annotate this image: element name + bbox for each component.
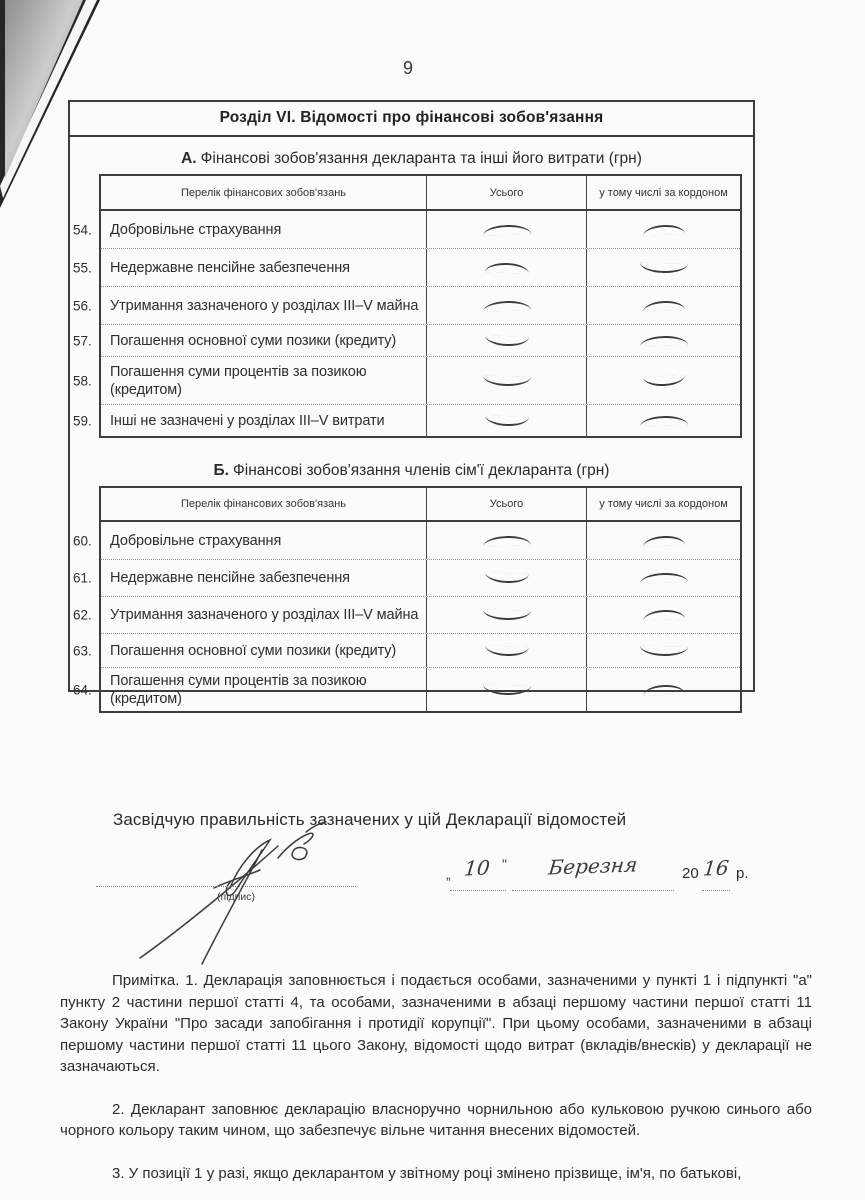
handwritten-dash bbox=[482, 684, 530, 695]
subsection-b-letter: Б. bbox=[214, 462, 229, 479]
handwritten-dash bbox=[639, 572, 687, 583]
handwritten-dash bbox=[639, 415, 687, 426]
subsection-a-letter: А. bbox=[181, 150, 197, 167]
handwritten-dash bbox=[642, 535, 684, 547]
note-1: Примітка. 1. Декларація заповнюється і п… bbox=[60, 970, 812, 1078]
column-header-total: Усього bbox=[426, 488, 586, 520]
subsection-a-heading: А.Фінансові зобов'язання декларанта та і… bbox=[70, 150, 753, 168]
table-row: 59. Інші не зазначені у розділах III–V в… bbox=[101, 404, 740, 436]
row-number: 64. bbox=[73, 682, 99, 697]
abroad-cell bbox=[586, 405, 740, 436]
column-header-obligations: Перелік фінансових зобов'язань bbox=[101, 176, 426, 209]
note-2: 2. Декларант заповнює декларацію власнор… bbox=[60, 1099, 812, 1142]
total-cell bbox=[426, 560, 586, 596]
table-a: Перелік фінансових зобов'язань Усього у … bbox=[99, 174, 742, 438]
abroad-cell bbox=[586, 211, 740, 248]
abroad-cell bbox=[586, 634, 740, 667]
row-number: 61. bbox=[73, 571, 99, 586]
total-cell bbox=[426, 357, 586, 404]
row-number: 55. bbox=[73, 260, 99, 275]
row-number: 57. bbox=[73, 333, 99, 348]
handwritten-dash bbox=[639, 262, 687, 273]
abroad-cell bbox=[586, 668, 740, 711]
handwritten-dash bbox=[642, 609, 684, 621]
year-suffix: р. bbox=[736, 865, 749, 882]
abroad-cell bbox=[586, 560, 740, 596]
total-cell bbox=[426, 597, 586, 633]
handwritten-dash bbox=[642, 375, 684, 387]
subsection-b-text: Фінансові зобов'язання членів сім'ї декл… bbox=[233, 462, 609, 479]
obligation-cell: Погашення основної суми позики (кредиту) bbox=[101, 325, 426, 356]
table-b: Перелік фінансових зобов'язань Усього у … bbox=[99, 486, 742, 713]
total-cell bbox=[426, 249, 586, 286]
subsection-a-text: Фінансові зобов'язання декларанта та інш… bbox=[201, 150, 642, 167]
handwritten-dash bbox=[482, 375, 530, 386]
abroad-cell bbox=[586, 287, 740, 324]
total-cell bbox=[426, 325, 586, 356]
handwritten-dash bbox=[482, 610, 530, 621]
total-cell bbox=[426, 287, 586, 324]
open-quote: „ bbox=[446, 866, 451, 882]
close-quote: " bbox=[502, 856, 507, 872]
table-row: 64. Погашення суми процентів за позикою … bbox=[101, 667, 740, 711]
obligation-cell: Погашення основної суми позики (кредиту) bbox=[101, 634, 426, 667]
signature-line bbox=[96, 886, 356, 887]
obligation-cell: Недержавне пенсійне забезпечення bbox=[101, 560, 426, 596]
total-cell bbox=[426, 668, 586, 711]
table-row: 62. Утримання зазначеного у розділах III… bbox=[101, 596, 740, 633]
table-row: 63. Погашення основної суми позики (кред… bbox=[101, 633, 740, 667]
handwritten-dash bbox=[639, 645, 687, 656]
obligation-cell: Утримання зазначеного у розділах III–V м… bbox=[101, 287, 426, 324]
handwritten-dash bbox=[484, 262, 528, 274]
obligation-cell: Недержавне пенсійне забезпечення bbox=[101, 249, 426, 286]
handwritten-dash bbox=[639, 335, 687, 346]
handwritten-dash bbox=[484, 645, 528, 657]
handwritten-year: 16 bbox=[701, 856, 732, 881]
handwritten-day: 10 bbox=[455, 855, 500, 880]
handwritten-dash bbox=[484, 572, 528, 584]
year-prefix: 20 bbox=[682, 865, 699, 882]
table-row: 57. Погашення основної суми позики (кред… bbox=[101, 324, 740, 356]
column-header-obligations: Перелік фінансових зобов'язань bbox=[101, 488, 426, 520]
handwritten-dash bbox=[482, 224, 530, 235]
table-row: 58. Погашення суми процентів за позикою … bbox=[101, 356, 740, 404]
signature-caption: (підпис) bbox=[198, 891, 274, 903]
table-row: 56. Утримання зазначеного у розділах III… bbox=[101, 286, 740, 324]
abroad-cell bbox=[586, 249, 740, 286]
column-header-total: Усього bbox=[426, 176, 586, 209]
total-cell bbox=[426, 634, 586, 667]
obligation-cell: Добровільне страхування bbox=[101, 522, 426, 559]
section-vi-box: Розділ VI. Відомості про фінансові зобов… bbox=[68, 100, 755, 692]
row-number: 58. bbox=[73, 373, 99, 388]
table-row: 61. Недержавне пенсійне забезпечення bbox=[101, 559, 740, 596]
date-area: „ 10 " Березня 20 16 р. bbox=[446, 854, 756, 898]
table-row: 55. Недержавне пенсійне забезпечення bbox=[101, 248, 740, 286]
handwritten-dash bbox=[482, 535, 530, 546]
day-underline bbox=[450, 890, 506, 891]
row-number: 62. bbox=[73, 608, 99, 623]
abroad-cell bbox=[586, 325, 740, 356]
obligation-cell: Утримання зазначеного у розділах III–V м… bbox=[101, 597, 426, 633]
handwritten-dash bbox=[482, 300, 530, 311]
obligation-cell: Погашення суми процентів за позикою (кре… bbox=[101, 357, 426, 404]
row-number: 63. bbox=[73, 643, 99, 658]
total-cell bbox=[426, 211, 586, 248]
subsection-b-heading: Б.Фінансові зобов'язання членів сім'ї де… bbox=[70, 462, 753, 480]
handwritten-dash bbox=[642, 300, 684, 312]
year-underline bbox=[702, 890, 730, 891]
obligation-cell: Інші не зазначені у розділах III–V витра… bbox=[101, 405, 426, 436]
notes-block: Примітка. 1. Декларація заповнюється і п… bbox=[60, 970, 812, 1200]
abroad-cell bbox=[586, 522, 740, 559]
table-row: 54. Добровільне страхування bbox=[101, 211, 740, 248]
handwritten-dash bbox=[642, 684, 684, 696]
row-number: 56. bbox=[73, 298, 99, 313]
month-underline bbox=[512, 890, 674, 891]
abroad-cell bbox=[586, 357, 740, 404]
obligation-cell: Добровільне страхування bbox=[101, 211, 426, 248]
row-number: 60. bbox=[73, 533, 99, 548]
column-header-abroad: у тому числі за кордоном bbox=[586, 176, 740, 209]
total-cell bbox=[426, 522, 586, 559]
table-b-header-row: Перелік фінансових зобов'язань Усього у … bbox=[101, 488, 740, 522]
section-title: Розділ VI. Відомості про фінансові зобов… bbox=[70, 102, 753, 137]
table-a-header-row: Перелік фінансових зобов'язань Усього у … bbox=[101, 176, 740, 211]
scanned-declaration-page: 9 Розділ VI. Відомості про фінансові зоб… bbox=[0, 0, 865, 1200]
table-row: 60. Добровільне страхування bbox=[101, 522, 740, 559]
row-number: 59. bbox=[73, 413, 99, 428]
handwritten-dash bbox=[642, 224, 684, 236]
note-3: 3. У позиції 1 у разі, якщо декларантом … bbox=[60, 1163, 812, 1185]
row-number: 54. bbox=[73, 222, 99, 237]
column-header-abroad: у тому числі за кордоном bbox=[586, 488, 740, 520]
handwritten-dash bbox=[484, 415, 528, 427]
handwritten-dash bbox=[484, 335, 528, 347]
page-number: 9 bbox=[403, 58, 413, 79]
handwritten-month: Березня bbox=[516, 851, 669, 880]
abroad-cell bbox=[586, 597, 740, 633]
total-cell bbox=[426, 405, 586, 436]
obligation-cell: Погашення суми процентів за позикою (кре… bbox=[101, 668, 426, 711]
